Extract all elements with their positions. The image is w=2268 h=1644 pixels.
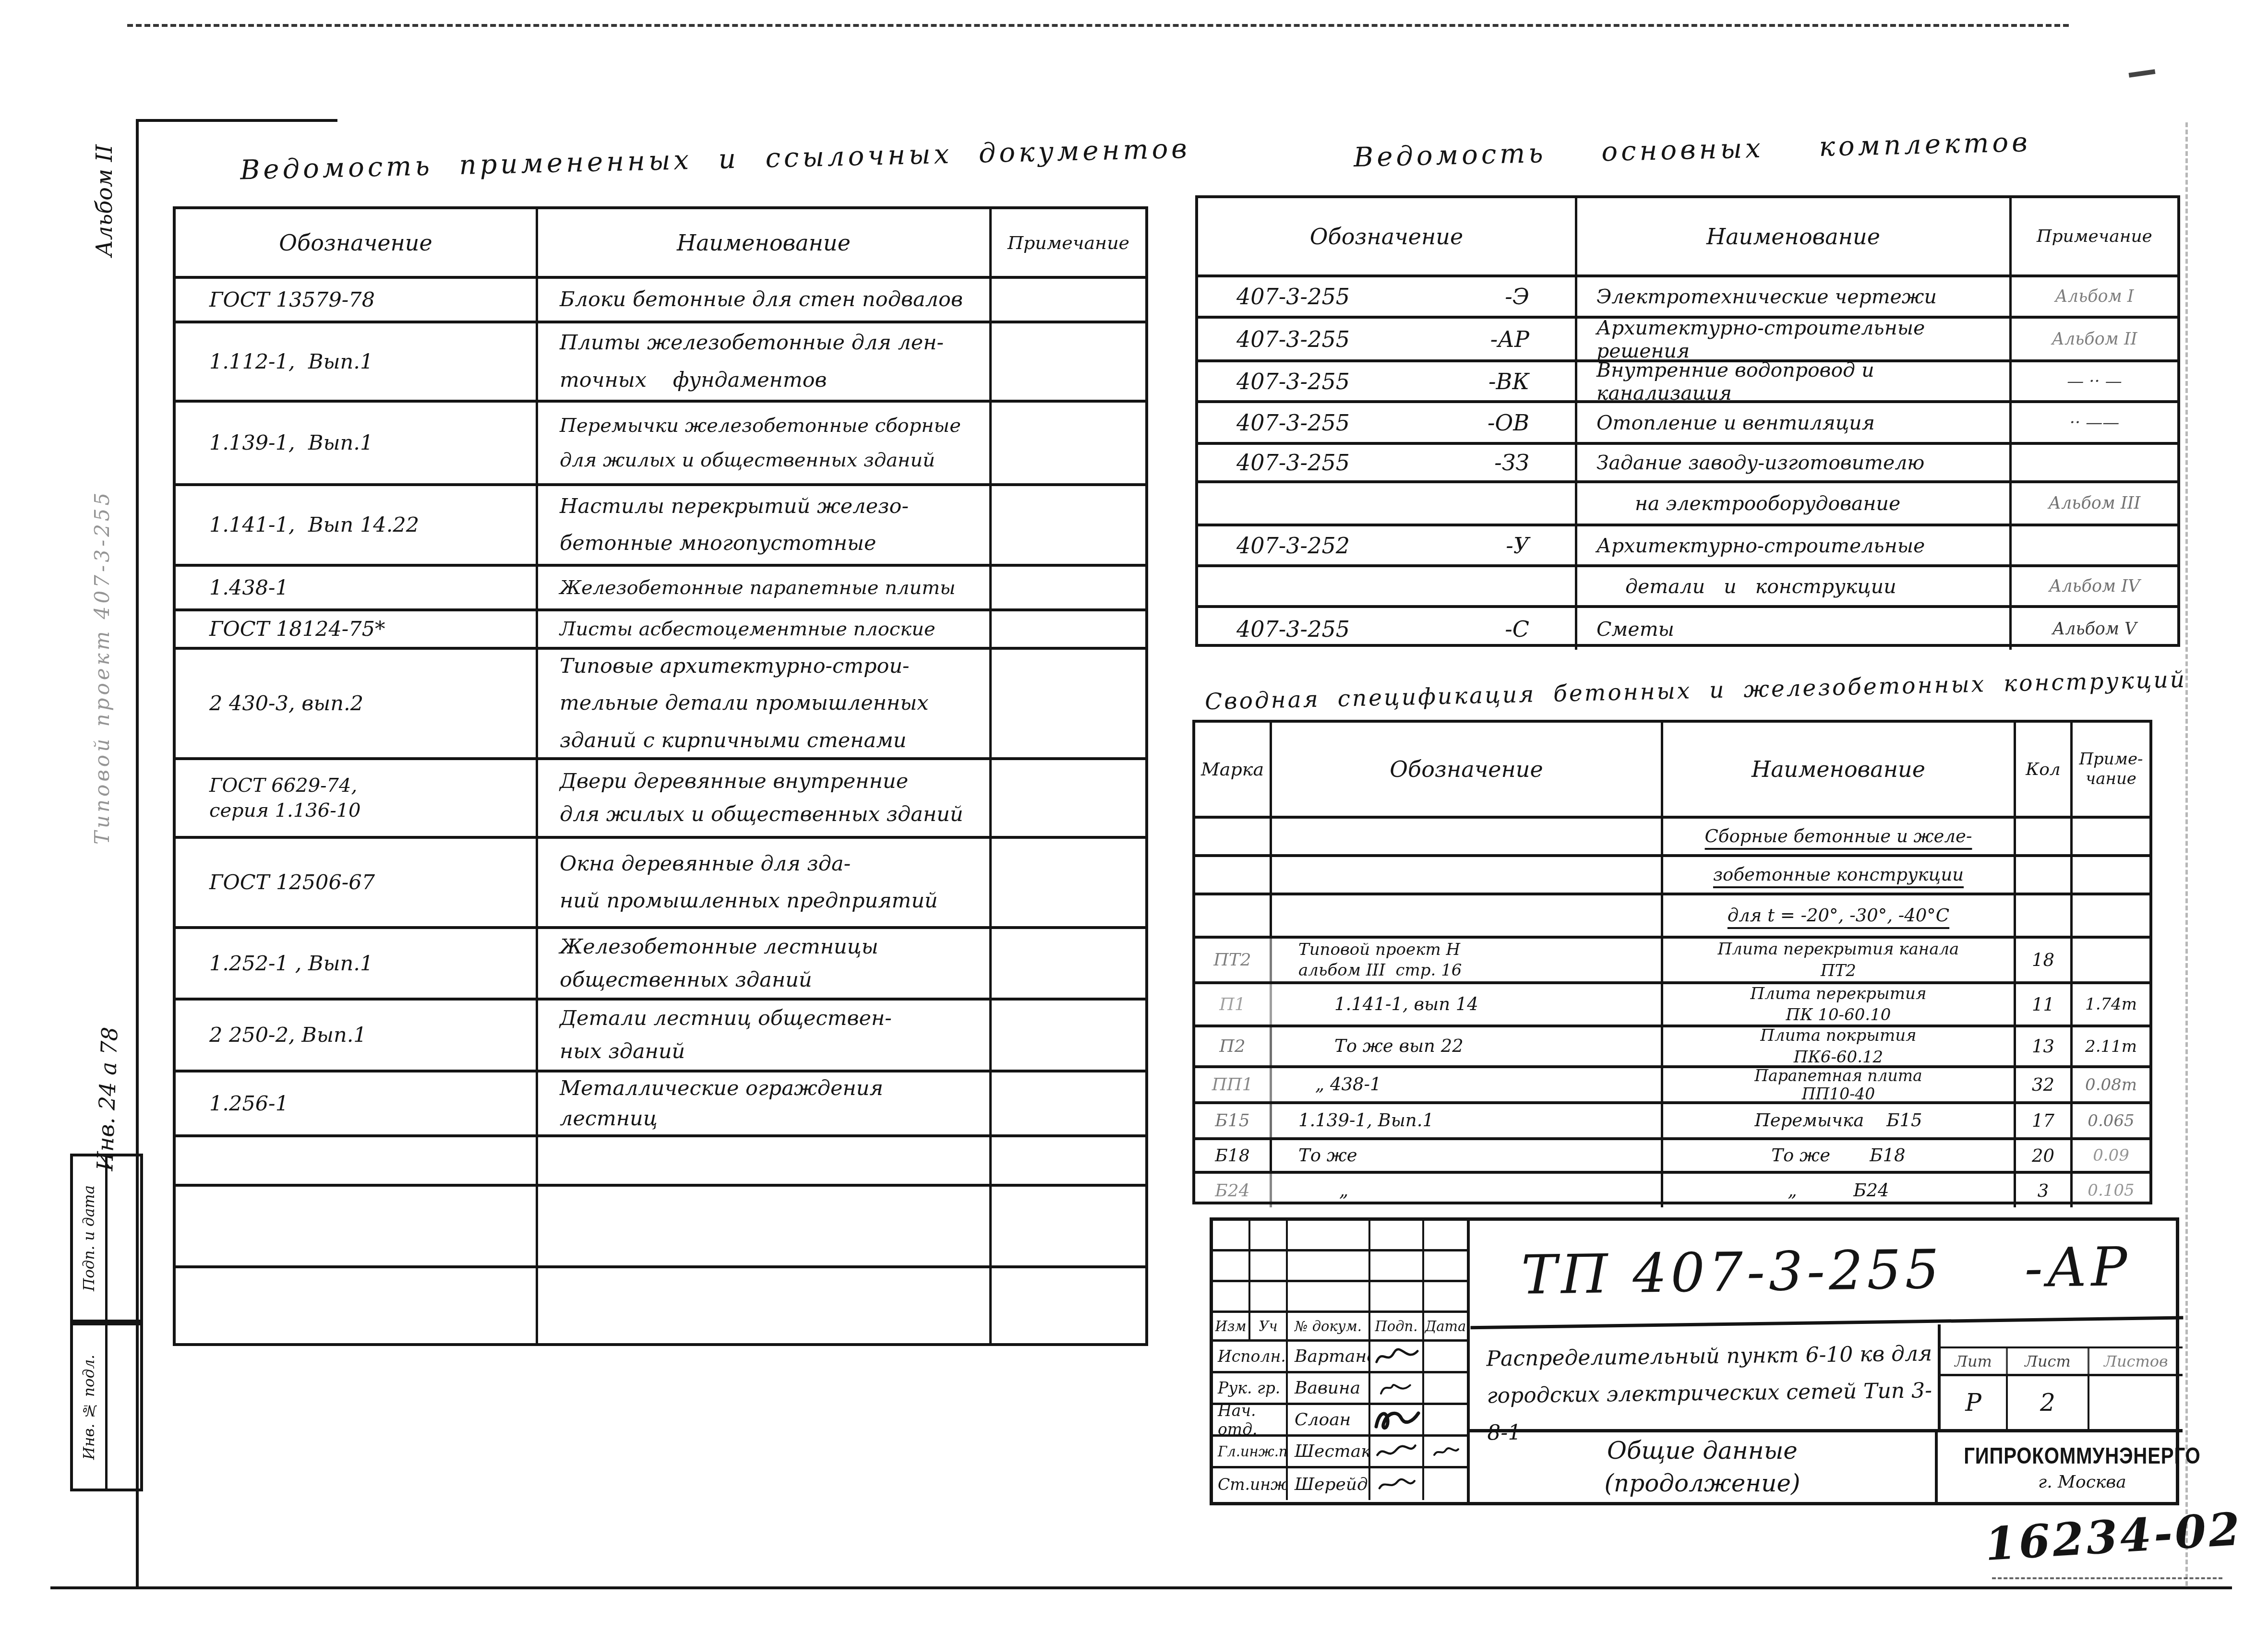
organization-city: г. Москва [2038, 1472, 2126, 1492]
table-row: ПП1 „ 438-1 Парапетная плита ПП10-40 32 … [1195, 1068, 2149, 1104]
table-row: 1.139-1, Вып.1 Перемычки железобетонные … [176, 403, 1145, 486]
table-row: 2 430-3, вып.2 Типовые архитектурно-стро… [176, 650, 1145, 760]
table-row: 407-3-255-С Сметы Альбом V [1198, 608, 2177, 650]
revision-row [1213, 1221, 1467, 1251]
table-row: 407-3-255-ЗЗ Задание заводу-изготовителю [1198, 445, 2177, 483]
table-row [176, 1187, 1145, 1268]
summary-specification-table: Марка Обозначение Наименование Кол Приме… [1192, 720, 2152, 1204]
drawing-designation: ТП 407-3-255 -АР [1469, 1216, 2184, 1330]
organization-name: ГИПРОКОММУНЭНЕРГО [1964, 1442, 2200, 1469]
signature-row: Гл.инж.пр. Шестак. [1213, 1437, 1467, 1468]
margin-box-inventory-number: Инв. № подл. [70, 1322, 143, 1491]
table-header-row: Обозначение Наименование Примечание [1198, 198, 2177, 277]
table-row: детали и конструкции Альбом IV [1198, 567, 2177, 608]
table-row: 407-3-255-Э Электротехнические чертежи А… [1198, 277, 2177, 319]
revision-row [1213, 1251, 1467, 1282]
signature-row: Нач. отд. Слоан [1213, 1405, 1467, 1437]
revision-row [1213, 1282, 1467, 1313]
left-table-title: Ведомость примененных и ссылочных докуме… [240, 133, 1191, 186]
table-row: для t = -20°, -30°, -40°C [1195, 895, 2149, 939]
scanned-drawing-sheet: Альбом II Типовой проект 407-3-255 Инв. … [0, 0, 2268, 1644]
table-row [176, 1268, 1145, 1345]
table-row: 407-3-252-У Архитектурно-строительные [1198, 526, 2177, 567]
right-table-title: Ведомость основных комплектов [1353, 127, 2031, 173]
signature-squiggle [1370, 1405, 1424, 1434]
table-row: ГОСТ 12506-67 Окна деревянные для зда- н… [176, 839, 1145, 929]
table-row: 2 250-2, Вып.1 Детали лестниц обществен-… [176, 1001, 1145, 1072]
sheets-total [2089, 1376, 2183, 1429]
table-row: П1 1.141-1, вып 14 Плита перекрытия ПК 1… [1195, 984, 2149, 1027]
spec-table-title: Сводная спецификация бетонных и железобе… [1205, 667, 2187, 715]
margin-album-label: Альбом II [91, 122, 117, 257]
project-name: Распределительный пункт 6-10 кв для горо… [1469, 1322, 1939, 1432]
signature-row: Рук. гр. Вавина [1213, 1373, 1467, 1405]
margin-box-label: Подп. и дата [73, 1156, 108, 1320]
table-row: 1.252-1 , Вып.1 Железобетонные лестницы … [176, 929, 1145, 1001]
table-row: ГОСТ 6629-74, серия 1.136-10 Двери дерев… [176, 760, 1145, 839]
table-row: 1.438-1 Железобетонные парапетные плиты [176, 567, 1145, 611]
table-row: на электрооборудование Альбом III [1198, 483, 2177, 526]
dashed-line [1992, 1577, 2222, 1579]
title-block-right: ТП 407-3-255 -АР Распределительный пункт… [1470, 1221, 2183, 1502]
top-dashed-frame-line [127, 24, 2069, 27]
signature-squiggle [1370, 1468, 1424, 1500]
title-block: Изм Уч № докум. Подп. Дата Исполн. Варта… [1210, 1217, 2179, 1505]
reference-documents-table: Обозначение Наименование Примечание ГОСТ… [173, 206, 1148, 1346]
signature-squiggle [1370, 1342, 1424, 1371]
table-row: зобетонные конструкции [1195, 857, 2149, 895]
table-row: Сборные бетонные и желе- [1195, 819, 2149, 857]
margin-project-label: Типовой проект 407-3-255 [90, 446, 114, 845]
table-header-row: Марка Обозначение Наименование Кол Приме… [1195, 723, 2149, 819]
signature-row: Исполн. Вартанова [1213, 1342, 1467, 1373]
table-row: 407-3-255-ВК Внутренние водопровод и кан… [1198, 362, 2177, 403]
table-row: ГОСТ 18124-75* Листы асбестоцементные пл… [176, 611, 1145, 650]
corner-tick [2129, 69, 2156, 78]
margin-box-label: Инв. № подл. [73, 1325, 108, 1489]
title-block-revision-grid: Изм Уч № докум. Подп. Дата Исполн. Варта… [1213, 1221, 1470, 1502]
table-row: ГОСТ 13579-78 Блоки бетонные для стен по… [176, 279, 1145, 323]
margin-inventory-note: Инв. 24 а 78 [92, 983, 124, 1171]
signature-squiggle [1370, 1373, 1424, 1403]
table-row: Б24 „ „ Б24 3 0.105 [1195, 1174, 2149, 1207]
table-row: П2 То же вып 22 Плита покрытия ПК6-60.12… [1195, 1027, 2149, 1068]
main-sets-table: Обозначение Наименование Примечание 407-… [1195, 195, 2180, 647]
table-row: 407-3-255-ОВ Отопление и вентиляция ·· —… [1198, 403, 2177, 445]
table-row: 407-3-255-АР Архитектурно-строительные р… [1198, 319, 2177, 362]
signature-squiggle [1424, 1437, 1467, 1466]
table-header-row: Обозначение Наименование Примечание [176, 209, 1145, 279]
table-row: ПТ2 Типовой проект Н альбом III стр. 16 … [1195, 939, 2149, 984]
table-row: 1.112-1, Вып.1 Плиты железобетонные для … [176, 323, 1145, 403]
lit-value: Р [1941, 1376, 2008, 1429]
revision-header-row: Изм Уч № докум. Подп. Дата [1213, 1313, 1467, 1342]
frame-line [136, 119, 337, 122]
table-row [176, 1137, 1145, 1187]
table-row: Б18 То же То же Б18 20 0.09 [1195, 1140, 2149, 1174]
archive-number: 16234-02 [1983, 1503, 2244, 1572]
bottom-frame-line [50, 1586, 2232, 1589]
lit-sheet-block: Лит Лист Листов Р 2 [1938, 1324, 2183, 1429]
sheet-number: 2 [2008, 1376, 2089, 1429]
table-row: 1.256-1 Металлические ограждения лестниц [176, 1072, 1145, 1137]
signature-squiggle [1370, 1437, 1424, 1466]
organization-block: ГИПРОКОММУНЭНЕРГО г. Москва [1938, 1432, 2227, 1502]
margin-box-signature-date: Подп. и дата [70, 1154, 143, 1322]
right-dashed-frame-line [2185, 122, 2188, 1586]
table-row: Б15 1.139-1, Вып.1 Перемычка Б15 17 0.06… [1195, 1104, 2149, 1140]
signature-row: Ст.инж. Шерейде [1213, 1468, 1467, 1500]
table-row: 1.141-1, Вып 14.22 Настилы перекрытий же… [176, 486, 1145, 567]
